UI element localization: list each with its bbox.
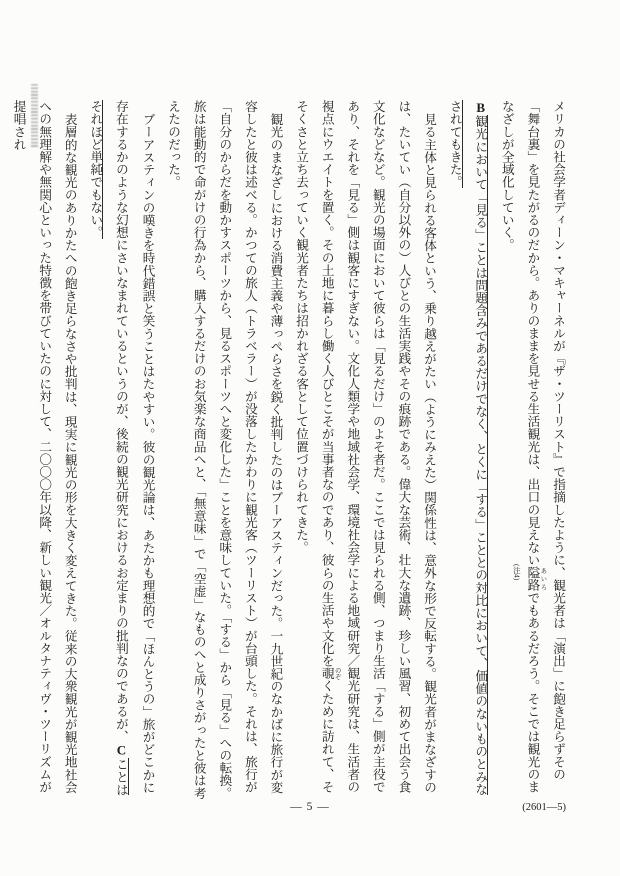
scanned-exam-page: メリカの社会学者ディーン・マキャーネルが『ザ・ツーリスト』で指摘したように、観光… (0, 0, 620, 876)
section-label-C: C (114, 743, 129, 758)
paragraph: B観光において「見る」ことは問題含みであるだけでなく、とくに「する」こととの対比… (441, 100, 493, 800)
passage-text: メリカの社会学者ディーン・マキャーネルが『ザ・ツーリスト』で指摘したように、観光… (46, 100, 570, 800)
underlined-text: 観光において「見る」ことは問題含みであるだけでなく、とくに「する」こととの対比に… (448, 100, 489, 795)
paragraph: 表層的な観光のありかたへの飽き足らなさや批判は、現実に観光の形を大きく変えてきた… (5, 100, 82, 800)
paragraph: メリカの社会学者ディーン・マキャーネルが『ザ・ツーリスト』で指摘したように、観光… (493, 100, 570, 800)
note-marker: (注4) (512, 564, 521, 580)
paragraph: ブーアスティンの嘆きを時代錯誤と笑うことはたやすい。彼の観光論は、あたかも理想的… (82, 100, 160, 800)
paragraph: 観光のまなざしにおける消費主義や薄っぺらさを鋭く批判したのはブーアスティンだった… (160, 100, 288, 800)
ruby-annotated-word: 覗のぞ (320, 667, 334, 680)
paragraph: 見る主体と見られる客体という、乗り越えがたい（ようにみえた）関係性は、意外な形で… (287, 100, 441, 800)
section-label-B: B (473, 100, 488, 115)
underlined-text: ことはそれほど単純でもない。 (88, 100, 129, 795)
print-code: (2601—5) (522, 802, 566, 813)
ruby-annotated-word: 隘路あいろ(注4) (525, 566, 539, 591)
